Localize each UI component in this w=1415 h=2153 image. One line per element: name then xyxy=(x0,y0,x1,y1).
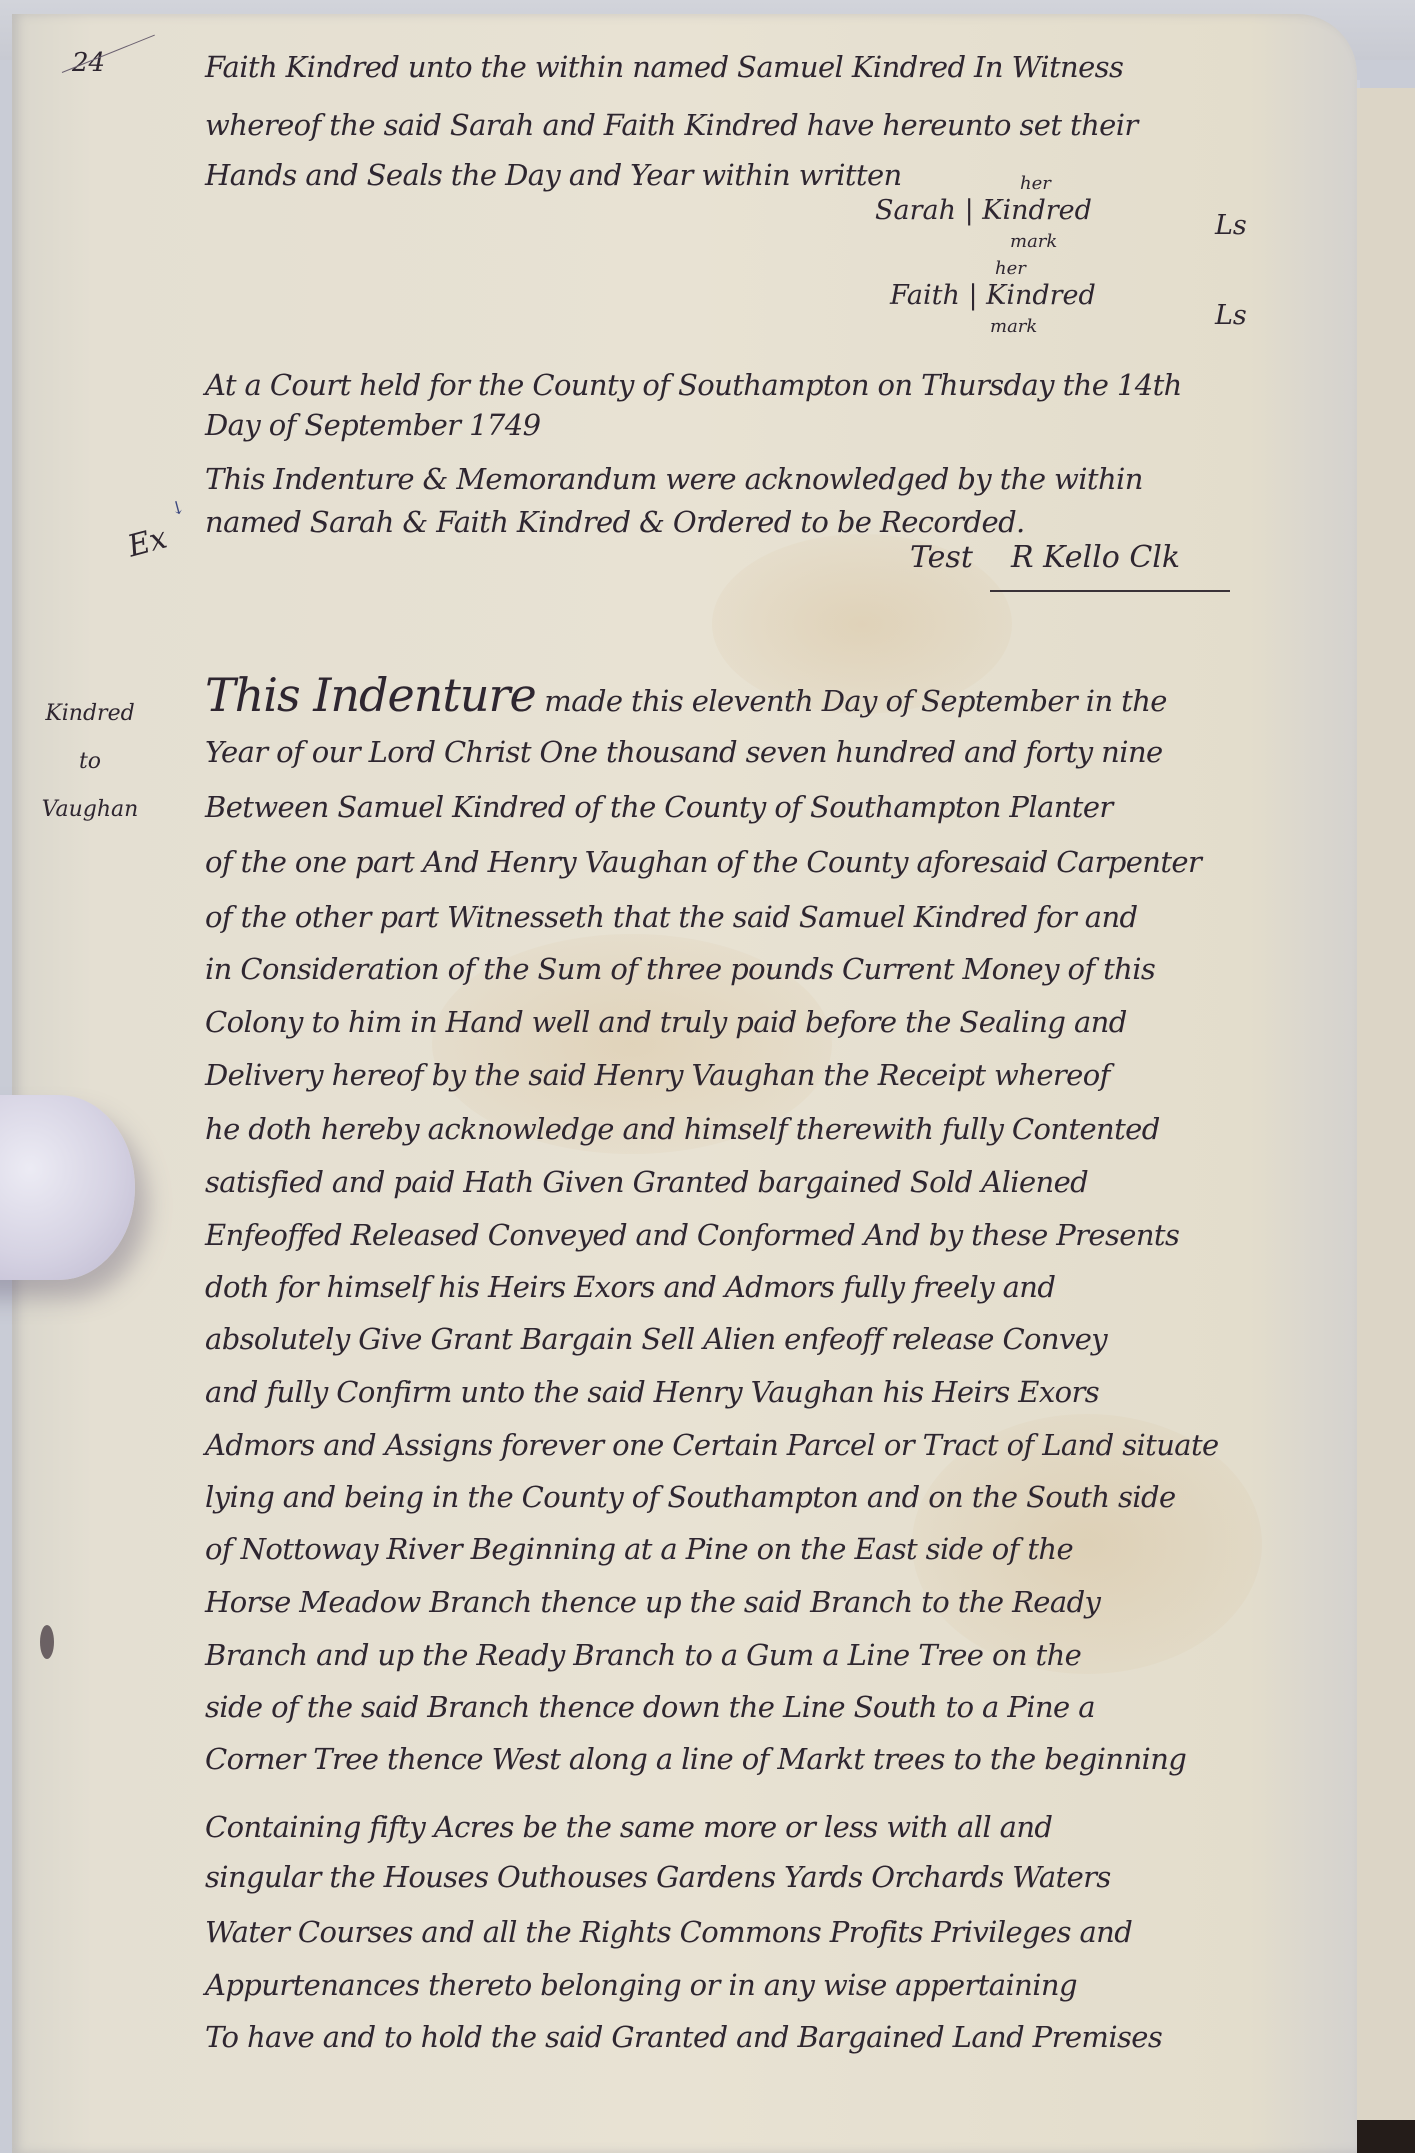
text-line: Branch and up the Ready Branch to a Gum … xyxy=(205,1638,1081,1672)
text-line: whereof the said Sarah and Faith Kindred… xyxy=(205,108,1138,142)
clerk-attestation: Test R Kello Clk xyxy=(910,540,1180,575)
mark-below: mark xyxy=(990,316,1037,337)
text-line: he doth hereby acknowledge and himself t… xyxy=(205,1112,1160,1146)
text-line: Enfeoffed Released Conveyed and Conforme… xyxy=(205,1218,1179,1252)
text-line: This Indenture & Memorandum were acknowl… xyxy=(205,462,1143,496)
text-line: Between Samuel Kindred of the County of … xyxy=(205,790,1113,824)
attestation-label: Test xyxy=(910,540,973,575)
text-line: named Sarah & Faith Kindred & Ordered to… xyxy=(205,505,1025,539)
mark-below: mark xyxy=(1010,231,1057,252)
clerk-signature: R Kello Clk xyxy=(1011,540,1180,575)
mark-above: her xyxy=(1020,173,1051,194)
margin-note: Kindred to Vaughan xyxy=(30,690,150,834)
signature-sarah: Sarah | Kindred her mark xyxy=(875,195,1092,226)
signature-first-name: Sarah xyxy=(875,195,956,226)
text-line: Delivery hereof by the said Henry Vaugha… xyxy=(205,1058,1110,1092)
text-line: At a Court held for the County of Southa… xyxy=(205,368,1182,402)
text-line: Year of our Lord Christ One thousand sev… xyxy=(205,735,1163,769)
text-line: singular the Houses Outhouses Gardens Ya… xyxy=(205,1860,1111,1894)
text-line: Appurtenances thereto belonging or in an… xyxy=(205,1968,1077,2002)
signature-flourish xyxy=(990,590,1230,592)
text-line: of the other part Witnesseth that the sa… xyxy=(205,900,1138,934)
signature-last-name: Kindred xyxy=(986,280,1096,311)
page-number: 24 xyxy=(72,48,105,78)
text-line: doth for himself his Heirs Exors and Adm… xyxy=(205,1270,1055,1304)
indenture-heading: This Indenture xyxy=(205,668,536,722)
text-line: in Consideration of the Sum of three pou… xyxy=(205,952,1155,986)
text-line: Hands and Seals the Day and Year within … xyxy=(205,158,902,192)
signature-last-name: Kindred xyxy=(982,195,1092,226)
mark-above: her xyxy=(995,258,1026,279)
text-line: absolutely Give Grant Bargain Sell Alien… xyxy=(205,1322,1107,1356)
text-line: and fully Confirm unto the said Henry Va… xyxy=(205,1375,1099,1409)
seal-label: Ls xyxy=(1215,210,1247,241)
text-line: Admors and Assigns forever one Certain P… xyxy=(205,1428,1219,1462)
text-line: satisfied and paid Hath Given Granted ba… xyxy=(205,1165,1088,1199)
text-line: Day of September 1749 xyxy=(205,408,540,442)
text-line: To have and to hold the said Granted and… xyxy=(205,2020,1162,2054)
ink-blot xyxy=(40,1625,54,1659)
signature-first-name: Faith xyxy=(890,280,960,311)
text-line: Containing fifty Acres be the same more … xyxy=(205,1810,1052,1844)
text-line: of the one part And Henry Vaughan of the… xyxy=(205,845,1201,879)
signature-faith: Faith | Kindred her mark xyxy=(890,280,1096,311)
text-line: of Nottoway River Beginning at a Pine on… xyxy=(205,1532,1073,1566)
text-line: Horse Meadow Branch thence up the said B… xyxy=(205,1585,1100,1619)
text-line: Faith Kindred unto the within named Samu… xyxy=(205,50,1123,84)
book-cover-corner xyxy=(1355,2120,1415,2153)
text-line: Colony to him in Hand well and truly pai… xyxy=(205,1005,1127,1039)
text-line: side of the said Branch thence down the … xyxy=(205,1690,1095,1724)
seal-label: Ls xyxy=(1215,300,1247,331)
text-line: Water Courses and all the Rights Commons… xyxy=(205,1915,1132,1949)
indenture-first-line: This Indenture made this eleventh Day of… xyxy=(205,668,1167,722)
mark-bar: | xyxy=(965,195,983,226)
text-line: lying and being in the County of Southam… xyxy=(205,1480,1176,1514)
mark-bar: | xyxy=(968,280,986,311)
text-line: Corner Tree thence West along a line of … xyxy=(205,1742,1186,1776)
